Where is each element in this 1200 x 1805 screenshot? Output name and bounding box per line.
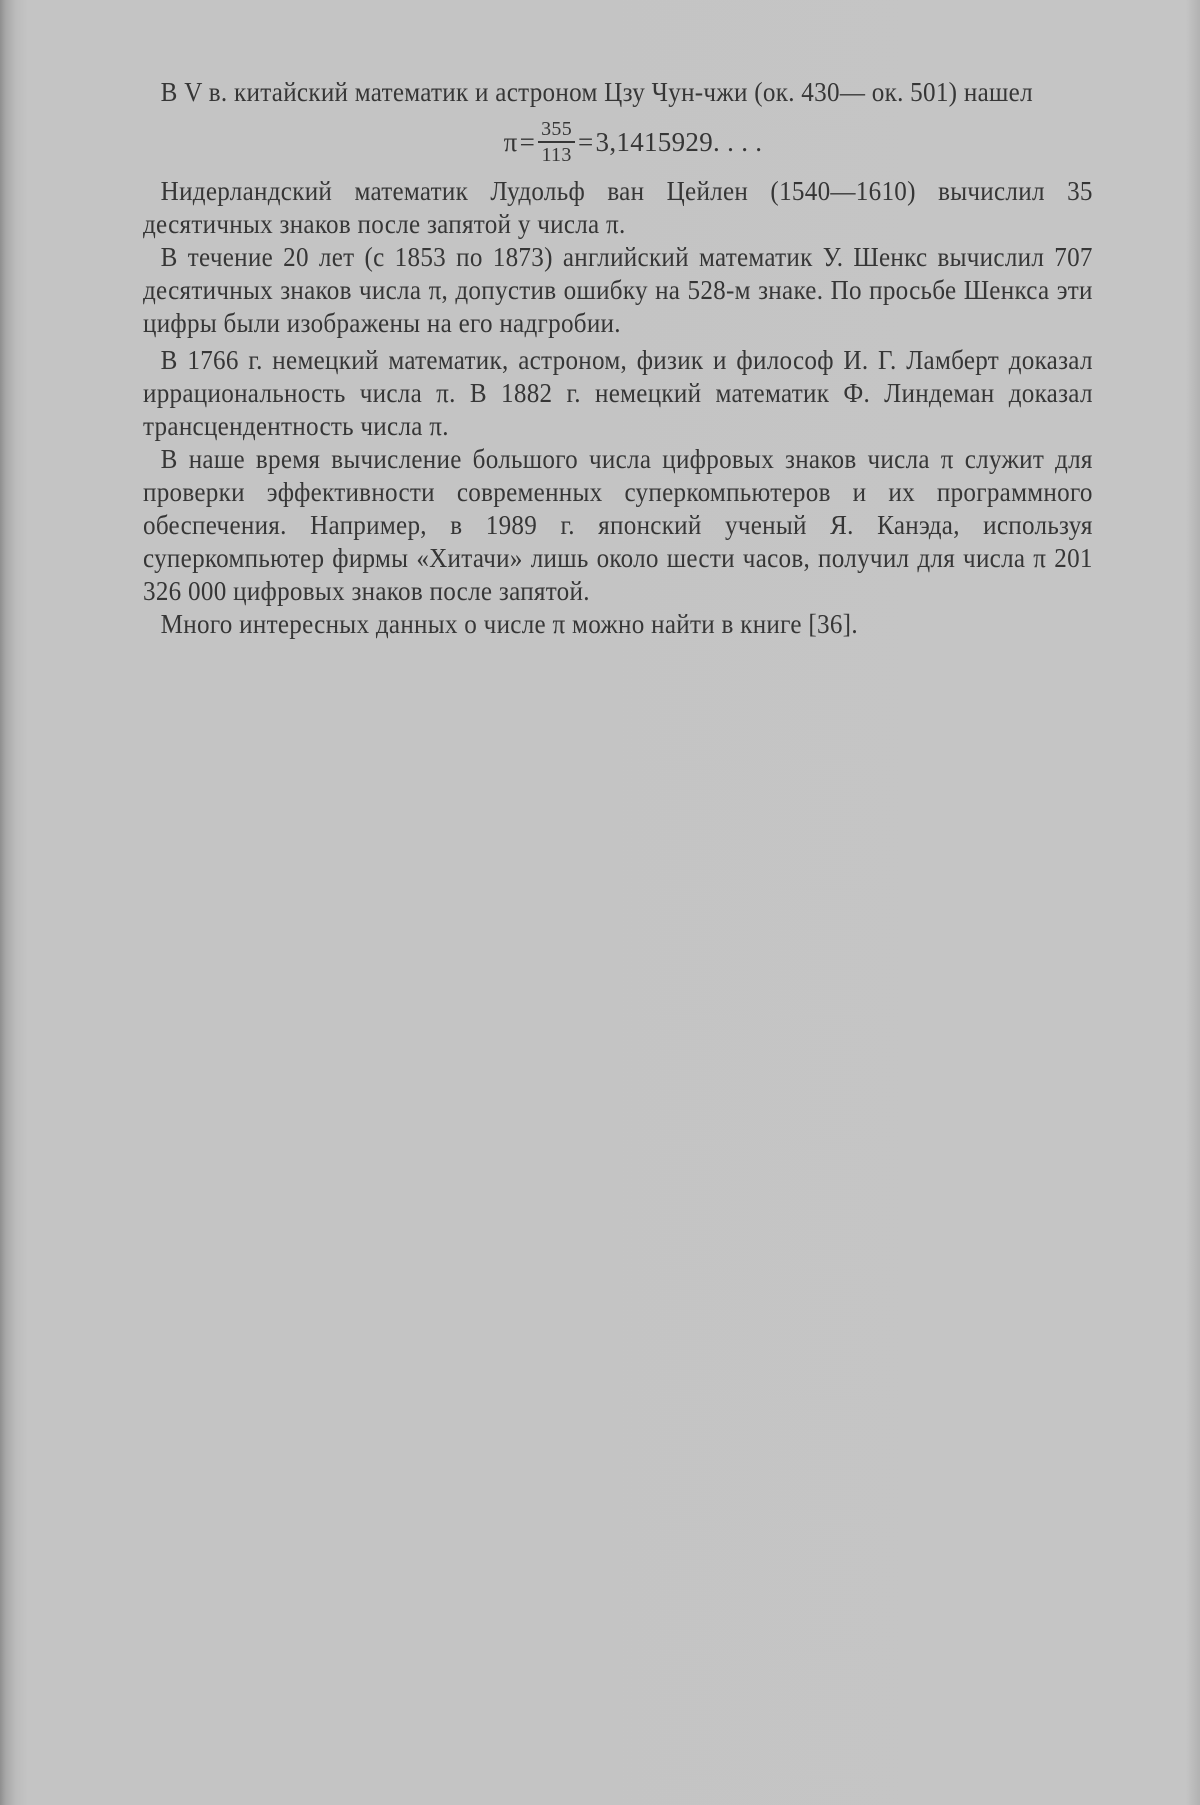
- formula-equals-2: =: [578, 126, 594, 159]
- formula-denominator: 113: [541, 143, 571, 166]
- pi-formula: π = 355 113 = 3,1415929. . . .: [143, 109, 1093, 175]
- formula-fraction: 355 113: [538, 118, 575, 166]
- formula-numerator: 355: [538, 118, 575, 143]
- paragraph-reference: Много интересных данных о числе π можно …: [143, 608, 1093, 641]
- scanned-page: В V в. китайский математик и астроном Цз…: [0, 0, 1200, 1805]
- paragraph-supercomputers: В наше время вычисление большого числа ц…: [143, 443, 1093, 608]
- formula-lhs: π: [504, 126, 518, 159]
- formula-equals-1: =: [520, 126, 536, 159]
- paragraph-shanks: В течение 20 лет (с 1853 по 1873) англий…: [143, 241, 1093, 340]
- paragraph-van-ceulen: Нидерландский математик Лудольф ван Цейл…: [143, 175, 1093, 241]
- paragraph-tsu-chongzhi: В V в. китайский математик и астроном Цз…: [143, 76, 1093, 109]
- text-block: В V в. китайский математик и астроном Цз…: [143, 76, 1093, 641]
- formula-rhs: 3,1415929. . . .: [596, 126, 763, 159]
- paragraph-lambert-lindemann: В 1766 г. немецкий математик, астроном, …: [143, 344, 1093, 443]
